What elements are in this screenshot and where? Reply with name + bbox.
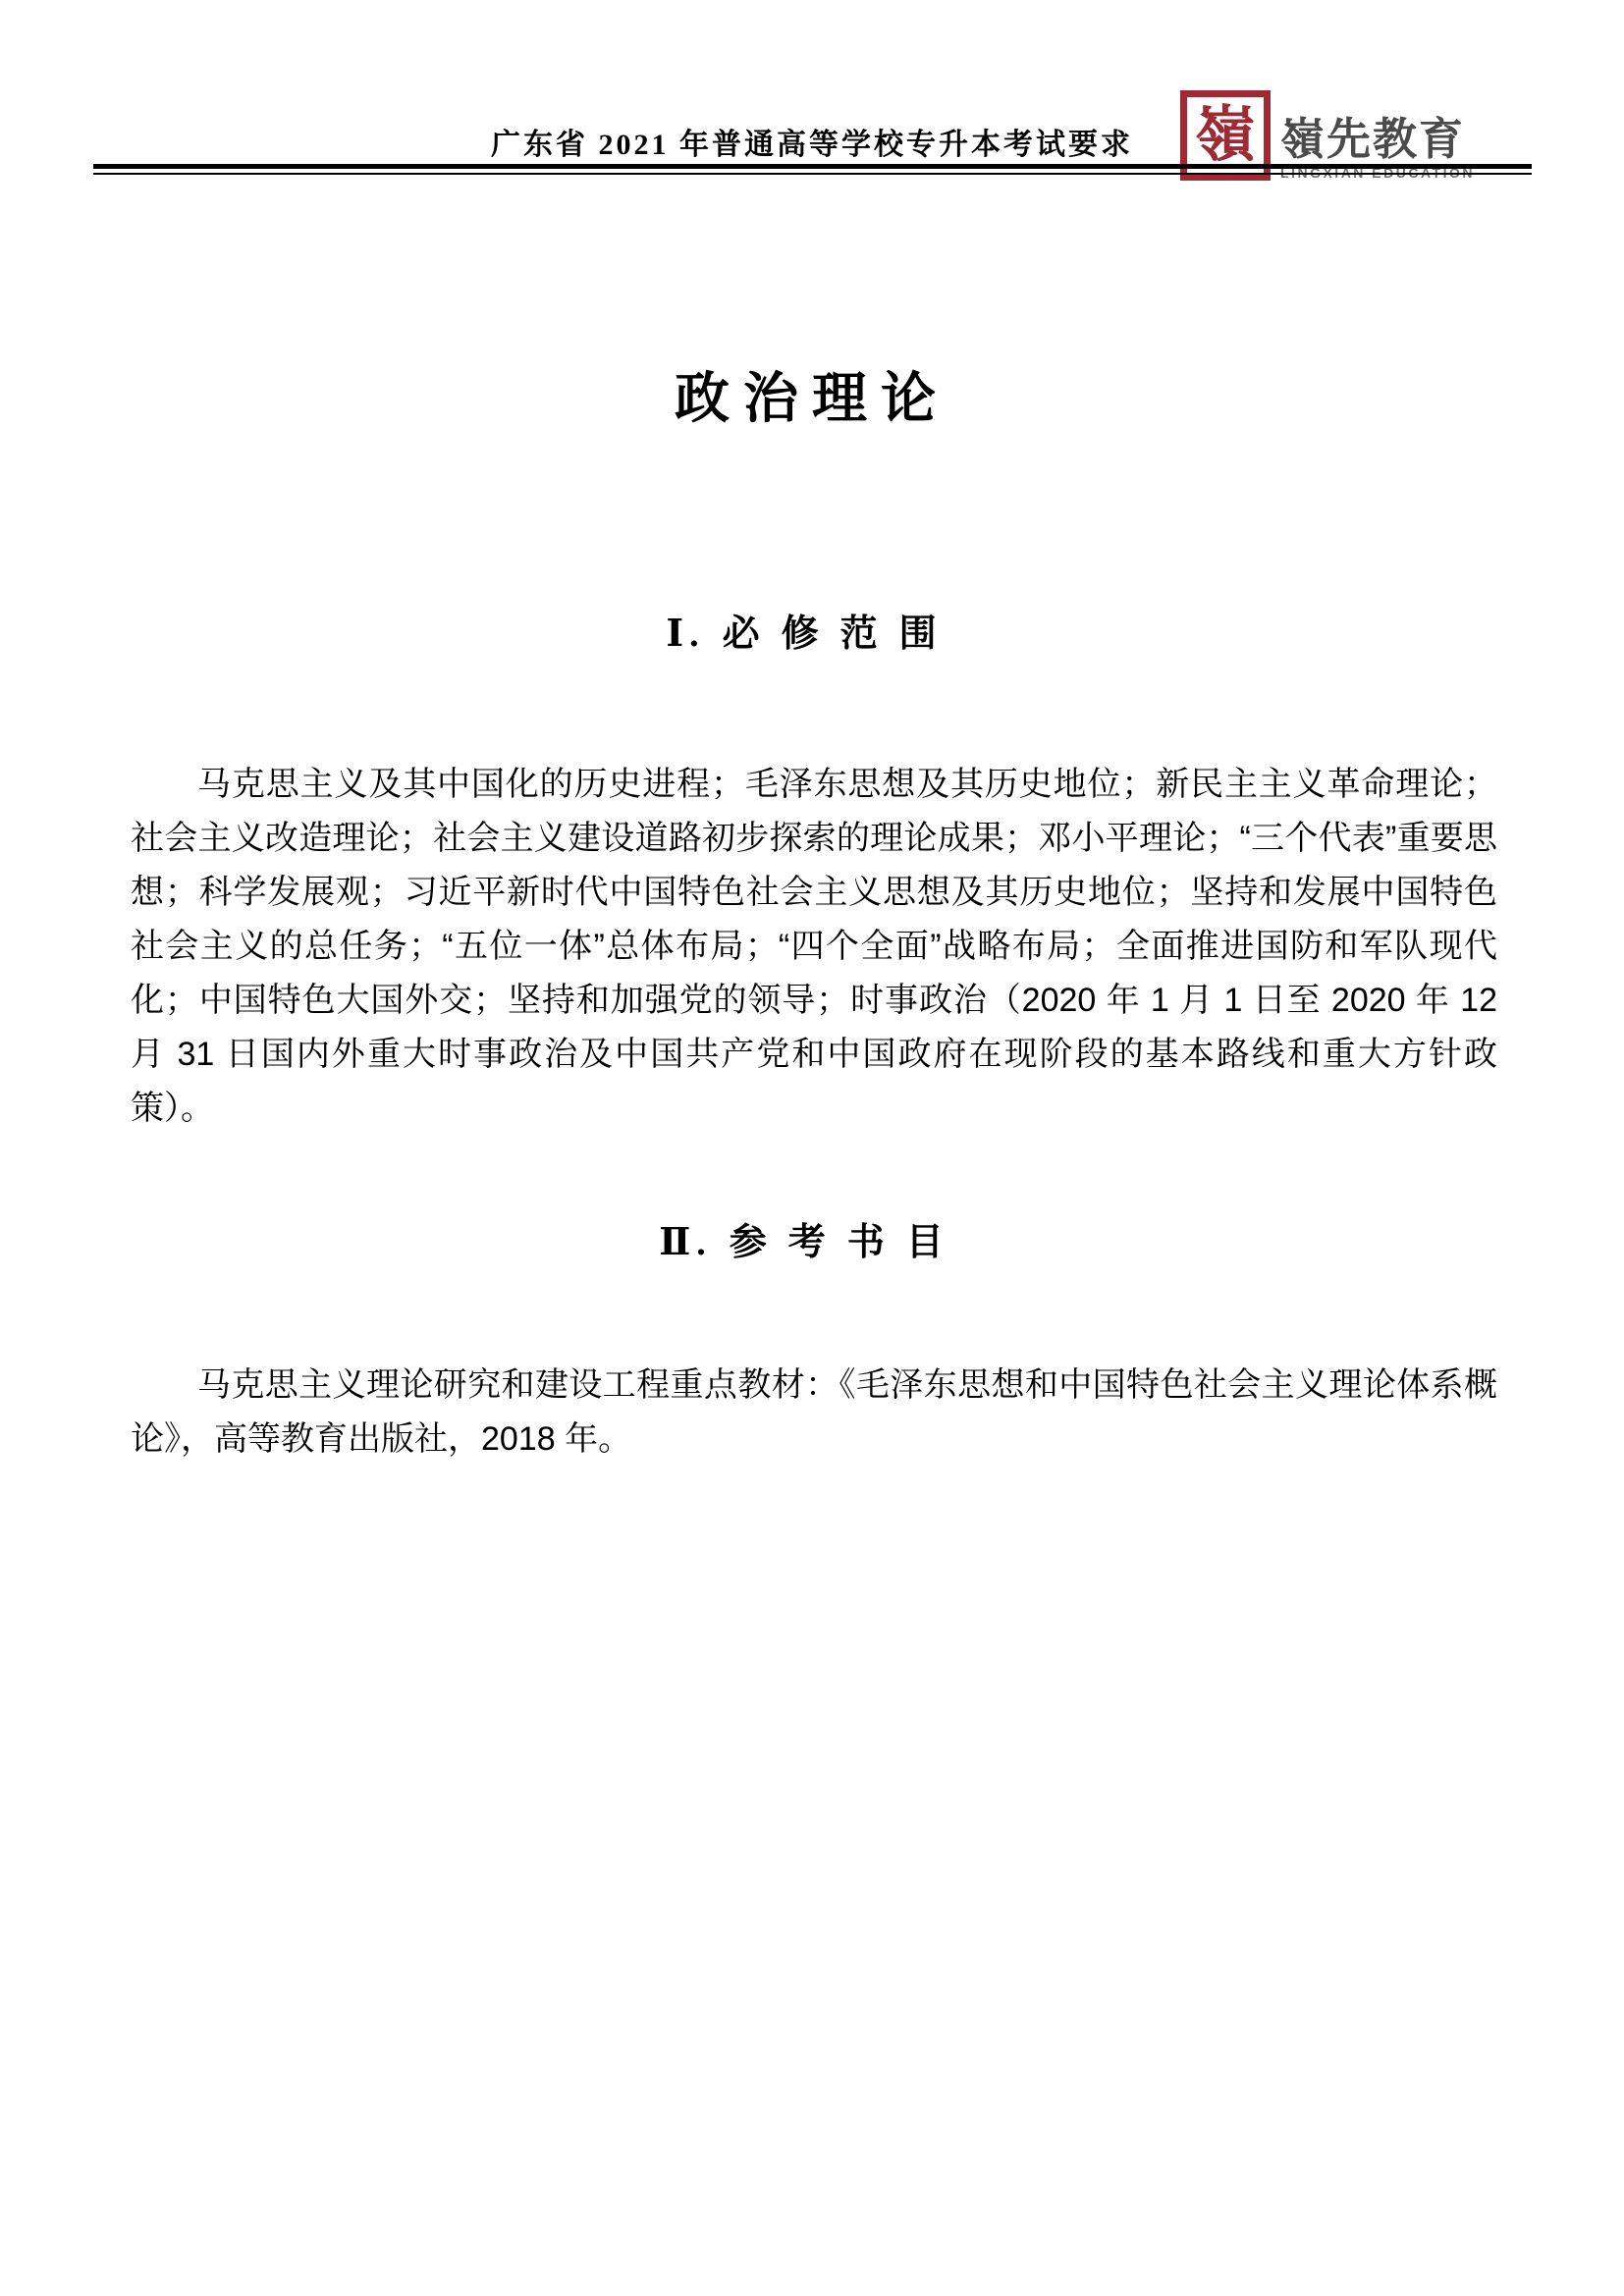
header-divider-line xyxy=(93,164,1532,175)
document-page: 广东省 2021 年普通高等学校专升本考试要求 嶺 嶺先教育 LINGXIAN … xyxy=(0,0,1624,2296)
section-2-title: 参考书目 xyxy=(730,1222,965,1263)
section-2-numeral: Ⅱ. xyxy=(659,1222,712,1263)
section-2-heading: Ⅱ.参考书目 xyxy=(0,1211,1624,1265)
section-1-numeral: Ⅰ. xyxy=(666,614,704,655)
section-1-body-paragraph: 马克思主义及其中国化的历史进程；毛泽东思想及其历史地位；新民主主义革命理论；社会… xyxy=(131,758,1497,1136)
brand-name-cn: 嶺先教育 xyxy=(1280,115,1475,164)
section-1-heading: Ⅰ.必修范围 xyxy=(0,603,1624,657)
section-2-body-paragraph: 马克思主义理论研究和建设工程重点教材：《毛泽东思想和中国特色社会主义理论体系概论… xyxy=(131,1359,1497,1467)
brand-seal-character: 嶺 xyxy=(1195,105,1256,166)
section-1-title: 必修范围 xyxy=(723,614,958,655)
document-title: 政治理论 xyxy=(0,355,1624,434)
